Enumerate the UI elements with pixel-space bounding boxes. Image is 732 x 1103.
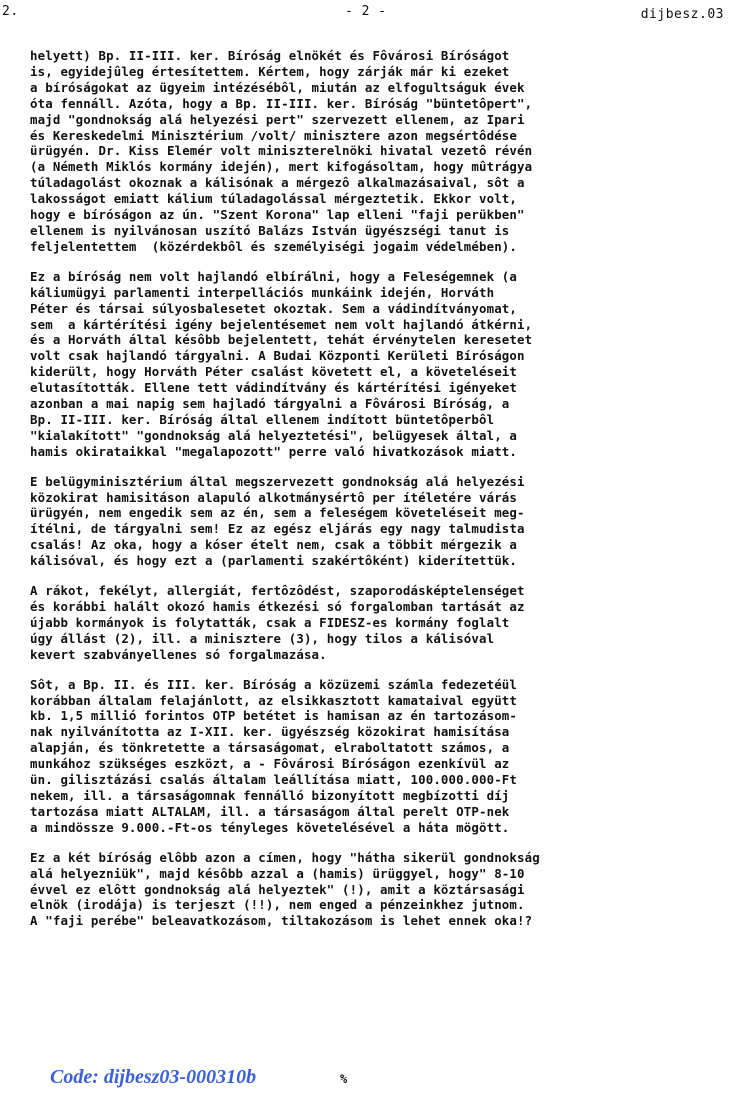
text-line: is, egyidejûleg értesítettem. Kértem, ho…	[30, 64, 509, 79]
paragraph-4: A rákot, fekélyt, allergiát, fertôzôdést…	[30, 583, 730, 663]
text-line: túladagolást okoznak a kálisónak a mérge…	[30, 175, 525, 190]
document-code: Code: dijbesz03-000310b	[50, 1066, 256, 1088]
text-line: káliumügyi parlamenti interpellációs mun…	[30, 285, 494, 300]
text-line: Bp. II-III. ker. Bíróság által ellenem i…	[30, 412, 494, 427]
text-line: ellenem is nyilvánosan uszító Balázs Ist…	[30, 223, 509, 238]
text-line: korábban általam felajánlott, az elsikka…	[30, 693, 517, 708]
paragraph-1: helyett) Bp. II-III. ker. Bíróság elnöké…	[30, 48, 730, 255]
page-header: 2. - 2 - dijbesz.03	[0, 4, 732, 24]
text-line: és a Horváth által késôbb bejelentett, t…	[30, 332, 532, 347]
text-line: a mindössze 9.000.-Ft-os tényleges követ…	[30, 820, 509, 835]
text-line: ürügyén. Dr. Kiss Elemér volt minisztere…	[30, 143, 532, 158]
text-line: nekem, ill. a társaságomnak fennálló biz…	[30, 788, 509, 803]
text-line: csalás! Az oka, hogy a kóser ételt nem, …	[30, 537, 517, 552]
percent-mark: %	[340, 1072, 347, 1086]
text-line: alapján, és tönkretette a társaságomat, …	[30, 740, 509, 755]
text-line: ürügyén, nem engedik sem az én, sem a fe…	[30, 505, 525, 520]
text-line: Péter és társai súlyosbalesetet okoztak.…	[30, 301, 517, 316]
text-line: elnök (irodája) is terjeszt (!!), nem en…	[30, 897, 525, 912]
text-line: Sôt, a Bp. II. és III. ker. Bíróság a kö…	[30, 677, 517, 692]
page-marker: 2.	[2, 4, 19, 19]
text-line: a bíróságokat az ügyeim intézésébôl, miu…	[30, 80, 525, 95]
text-line: munkához szükséges eszközt, a - Fôvárosi…	[30, 756, 509, 771]
text-line: feljelentettem (közérdekbôl és személyis…	[30, 239, 517, 254]
text-line: tartozása miatt ALTALAM, ill. a társaság…	[30, 804, 509, 819]
text-line: alá helyezniük", majd késôbb azzal a (ha…	[30, 866, 525, 881]
text-line: évvel ez elôtt gondnokság alá helyeztek"…	[30, 882, 525, 897]
text-line: hogy e bíróságon az ún. "Szent Korona" l…	[30, 207, 525, 222]
text-line: azonban a mai napig sem hajladó tárgyaln…	[30, 396, 509, 411]
file-identifier: dijbesz.03	[641, 7, 724, 22]
text-line: helyett) Bp. II-III. ker. Bíróság elnöké…	[30, 48, 509, 63]
text-line: kiderült, hogy Horváth Péter csalást köv…	[30, 364, 517, 379]
text-line: kálisóval, és hogy ezt a (parlamenti sza…	[30, 553, 517, 568]
text-line: úgy állást (2), ill. a minisztere (3), h…	[30, 631, 494, 646]
text-line: Ez a két bíróság elôbb azon a címen, hog…	[30, 850, 540, 865]
paragraph-5: Sôt, a Bp. II. és III. ker. Bíróság a kö…	[30, 677, 730, 836]
paragraph-3: E belügyminisztérium által megszervezett…	[30, 474, 730, 569]
text-line: sem a kártérítési igény bejelentésemet n…	[30, 317, 532, 332]
document-body: helyett) Bp. II-III. ker. Bíróság elnöké…	[30, 48, 730, 929]
text-line: és Kereskedelmi Minisztérium /volt/ mini…	[30, 128, 517, 143]
text-line: (a Németh Miklós kormány idején), mert k…	[30, 159, 532, 174]
text-line: majd "gondnokság alá helyezési pert" sze…	[30, 112, 525, 127]
document-footer: Code: dijbesz03-000310b %	[50, 1066, 256, 1089]
text-line: elutasították. Ellene tett vádindítvány …	[30, 380, 517, 395]
text-line: volt csak hajlandó tárgyalni. A Budai Kö…	[30, 348, 525, 363]
text-line: újabb kormányok is folytatták, csak a FI…	[30, 615, 509, 630]
text-line: Ez a bíróság nem volt hajlandó elbírálni…	[30, 269, 517, 284]
text-line: és korábbi halált okozó hamis étkezési s…	[30, 599, 525, 614]
text-line: "kialakított" "gondnokság alá helyezteté…	[30, 428, 517, 443]
paragraph-6: Ez a két bíróság elôbb azon a címen, hog…	[30, 850, 730, 930]
text-line: hamis okirataikkal "megalapozott" perre …	[30, 444, 517, 459]
text-line: kevert szabványellenes só forgalmazása.	[30, 647, 327, 662]
page-number: - 2 -	[345, 4, 387, 19]
text-line: közokirat hamisitáson alapuló alkotmánys…	[30, 490, 517, 505]
paragraph-2: Ez a bíróság nem volt hajlandó elbírálni…	[30, 269, 730, 460]
text-line: A rákot, fekélyt, allergiát, fertôzôdést…	[30, 583, 525, 598]
text-line: lakosságot emiatt kálium túladagolással …	[30, 191, 517, 206]
text-line: ítélni, de tárgyalni sem! Ez az egész el…	[30, 521, 525, 536]
text-line: kb. 1,5 millió forintos OTP betétet is h…	[30, 708, 517, 723]
text-line: E belügyminisztérium által megszervezett…	[30, 474, 525, 489]
text-line: óta fennáll. Azóta, hogy a Bp. II-III. k…	[30, 96, 532, 111]
text-line: nak nyilvánította az I-XII. ker. ügyészs…	[30, 724, 509, 739]
text-line: ün. gilisztázási csalás általam leállítá…	[30, 772, 517, 787]
text-line: A "faji perébe" beleavatkozásom, tiltako…	[30, 913, 532, 928]
